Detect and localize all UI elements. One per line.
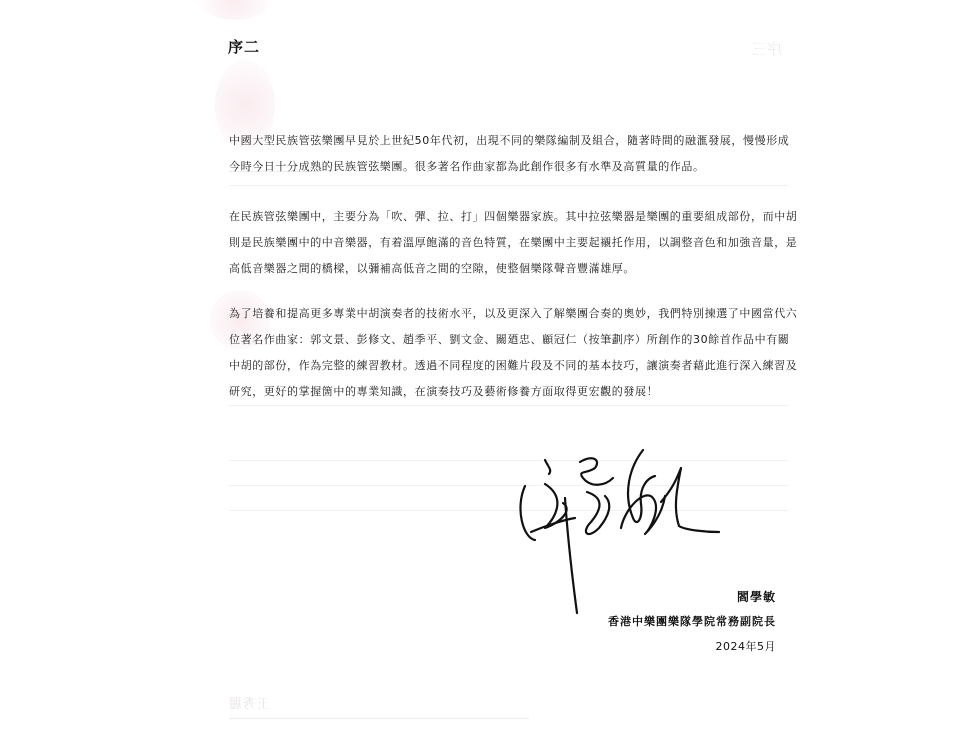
document-date: 2024年5月 bbox=[716, 638, 777, 654]
bleed-through-line bbox=[229, 718, 529, 719]
bleed-through-heading: 王秀麗 bbox=[228, 693, 270, 712]
text-line: 則是民族樂團中的中音樂器，有着溫厚飽滿的音色特質，在樂團中主要起襯托作用，以調整… bbox=[229, 230, 789, 256]
bleed-through-heading: 序三 bbox=[752, 38, 782, 59]
bleed-through-line bbox=[229, 185, 789, 186]
bleed-through-line bbox=[229, 405, 789, 406]
paragraph-2: 在民族管弦樂團中，主要分為「吹、彈、拉、打」四個樂器家族。其中拉弦樂器是樂團的重… bbox=[229, 204, 789, 282]
text-line: 高低音樂器之間的橋樑，以彌補高低音之間的空隙，使整個樂隊聲音豐滿雄厚。 bbox=[229, 256, 789, 282]
signatory-position: 香港中樂團樂隊學院常務副院長 bbox=[608, 613, 776, 629]
paragraph-1: 中國大型民族管弦樂團早見於上世紀50年代初，出現不同的樂隊編制及組合，隨著時間的… bbox=[229, 128, 789, 180]
text-line: 中胡的部份，作為完整的練習教材。透過不同程度的困難片段及不同的基本技巧，讓演奏者… bbox=[229, 353, 789, 379]
text-line: 為了培養和提高更多專業中胡演奏者的技術水平，以及更深入了解樂團合奏的奧妙，我們特… bbox=[229, 301, 789, 327]
document-page: 序三 王秀麗 序二 中國大型民族管弦樂團早見於上世紀50年代初，出現不同的樂隊編… bbox=[0, 0, 980, 735]
bleed-through-stain bbox=[200, 0, 270, 20]
signatory-name: 閻學敏 bbox=[737, 588, 776, 605]
text-line: 中國大型民族管弦樂團早見於上世紀50年代初，出現不同的樂隊編制及組合，隨著時間的… bbox=[229, 128, 789, 154]
paragraph-3: 為了培養和提高更多專業中胡演奏者的技術水平，以及更深入了解樂團合奏的奧妙，我們特… bbox=[229, 301, 789, 405]
handwritten-signature-icon bbox=[505, 448, 720, 618]
text-line: 在民族管弦樂團中，主要分為「吹、彈、拉、打」四個樂器家族。其中拉弦樂器是樂團的重… bbox=[229, 204, 789, 230]
page-title: 序二 bbox=[228, 36, 260, 57]
text-line: 今時今日十分成熟的民族管弦樂團。很多著名作曲家都為此創作很多有水準及高質量的作品… bbox=[229, 154, 789, 180]
text-line: 位著名作曲家：郭文景、彭修文、趙季平、劉文金、關廼忠、顧冠仁（按筆劃序）所創作的… bbox=[229, 327, 789, 353]
text-line: 研究，更好的掌握箇中的專業知識，在演奏技巧及藝術修養方面取得更宏觀的發展！ bbox=[229, 379, 789, 405]
